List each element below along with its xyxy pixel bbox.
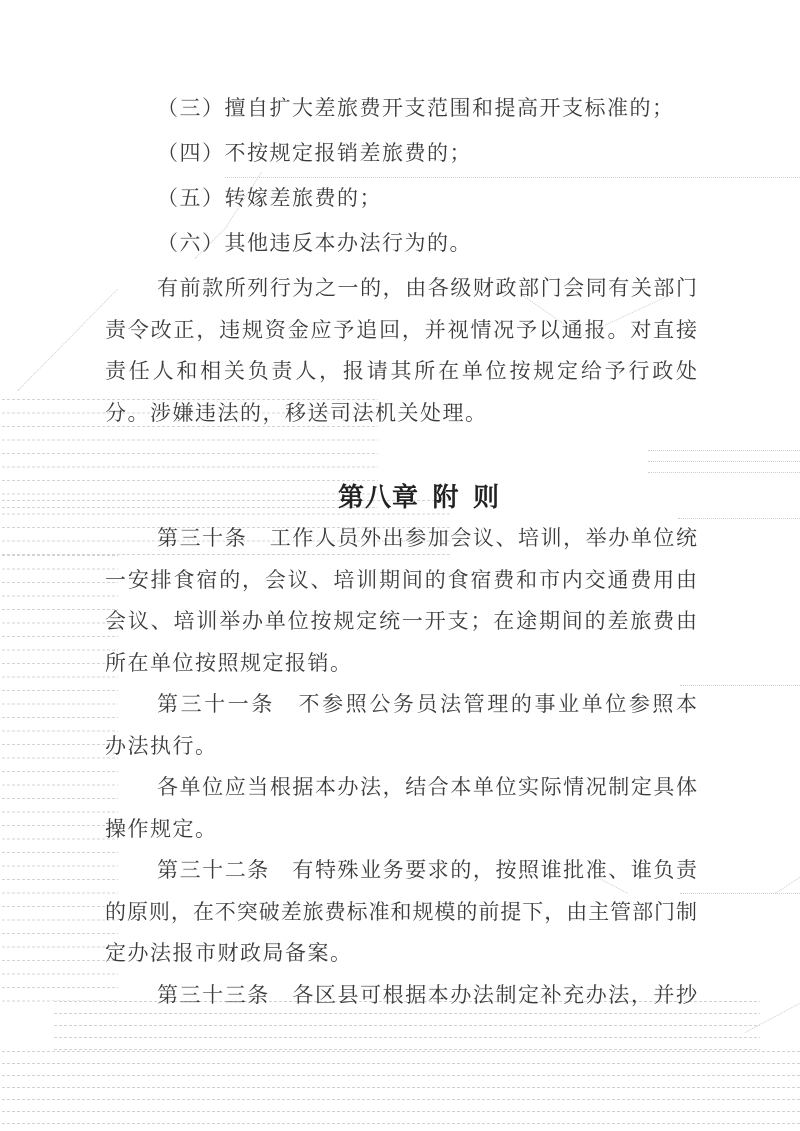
clause-line-5: （五）转嫁差旅费的； — [105, 178, 697, 220]
scanned-document-page: （三）擅自扩大差旅费开支范围和提高开支标准的； （四）不按规定报销差旅费的； （… — [0, 0, 800, 1131]
clause-line-3: （三）擅自扩大差旅费开支范围和提高开支标准的； — [105, 88, 697, 130]
article-30-line-3: 会议、培训举办单位按规定统一开支；在途期间的差旅费由 — [105, 601, 697, 643]
penalty-para-line-2: 责令改正，违规资金应予追回，并视情况予以通报。对直接 — [105, 310, 697, 352]
scan-noise-diagonal — [775, 870, 800, 894]
article-30-line-4: 所在单位按照规定报销。 — [105, 643, 697, 685]
penalty-para-line-3: 责任人和相关负责人，报请其所在单位按规定给予行政处 — [105, 351, 697, 393]
article-30-line-1: 第三十条 工作人员外出参加会议、培训，举办单位统 — [105, 518, 697, 560]
article-32-line-1: 第三十二条 有特殊业务要求的，按照谁批准、谁负责 — [105, 850, 697, 892]
scan-noise-band-bottom-full — [0, 1051, 800, 1131]
article-32-line-3: 定办法报市财政局备案。 — [105, 933, 697, 975]
chapter-heading: 第八章 附 则 — [105, 478, 697, 518]
article-30-line-2: 一安排食宿的，会议、培训期间的食宿费和市内交通费用由 — [105, 560, 697, 602]
penalty-para-line-4: 分。涉嫌违法的，移送司法机关处理。 — [105, 393, 697, 435]
article-31-line-2: 办法执行。 — [105, 726, 697, 768]
scan-noise-line — [680, 685, 800, 686]
clause-line-6: （六）其他违反本办法行为的。 — [105, 223, 697, 265]
article-33-line-1: 第三十三条 各区县可根据本办法制定补充办法，并抄 — [105, 975, 697, 1017]
scan-noise-diagonal — [18, 289, 118, 391]
clause-line-4: （四）不按规定报销差旅费的； — [105, 133, 697, 175]
penalty-para-line-1: 有前款所列行为之一的，由各级财政部门会同有关部门 — [105, 268, 697, 310]
scan-noise-diagonal — [745, 1002, 800, 1033]
article-31-para2-line-1: 各单位应当根据本办法，结合本单位实际情况制定具体 — [105, 767, 697, 809]
scan-noise-line — [680, 893, 800, 894]
scan-noise-strip-left-margin — [0, 555, 118, 1007]
article-31-para2-line-2: 操作规定。 — [105, 809, 697, 851]
article-31-line-1: 第三十一条 不参照公务员法管理的事业单位参照本 — [105, 684, 697, 726]
article-32-line-2: 的原则，在不突破差旅费标准和规模的前提下，由主管部门制 — [105, 892, 697, 934]
document-text-column: （三）擅自扩大差旅费开支范围和提高开支标准的； （四）不按规定报销差旅费的； （… — [105, 0, 697, 1016]
